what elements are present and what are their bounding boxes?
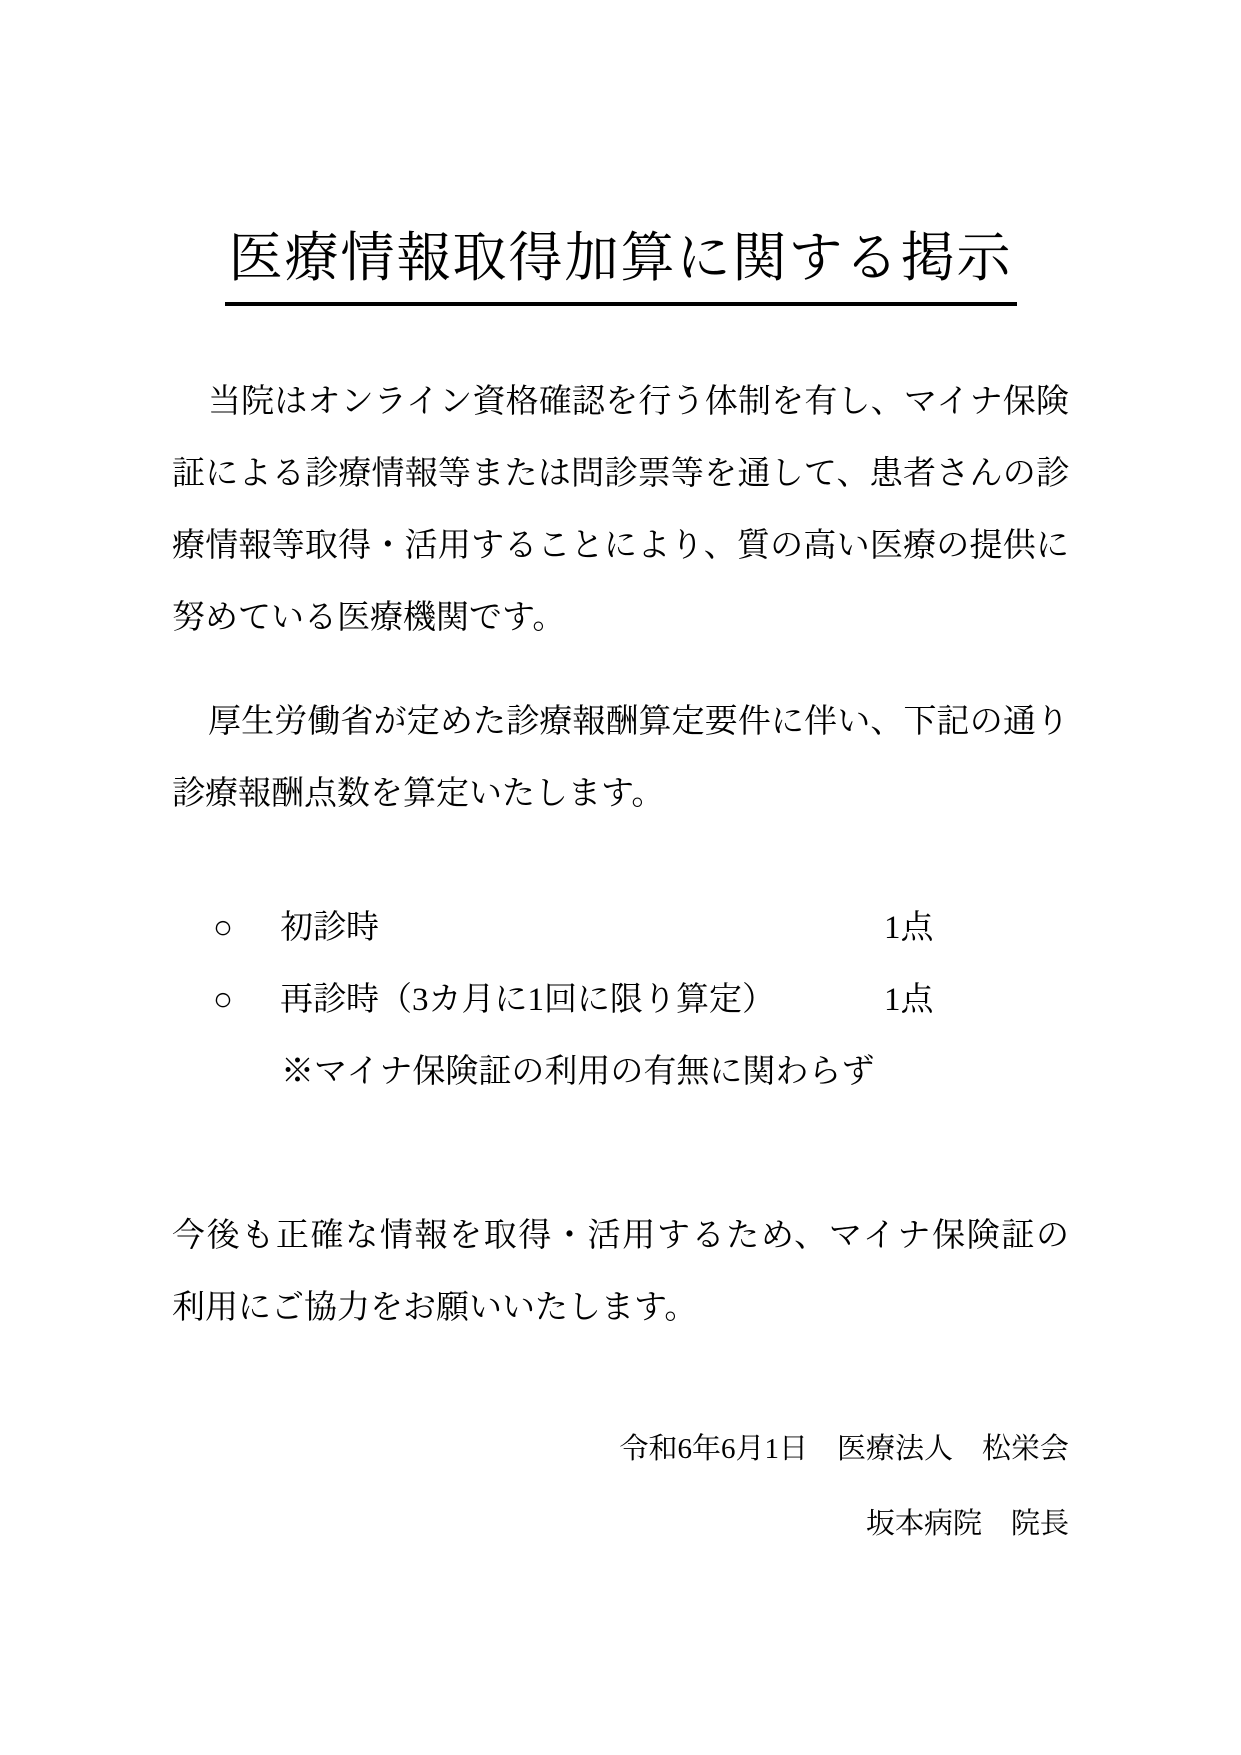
closing-line: 今後も正確な情報を取得・活用するため、マイナ保険証の [172,1200,1069,1272]
notice-title: 医療情報取得加算に関する掲示 [225,220,1017,306]
circle-bullet-icon: ○ [213,964,233,1036]
fee-item-first-visit: ○ 初診時 1点 [172,892,1069,964]
intro-paragraph: 当院はオンライン資格確認を行う体制を有し、マイナ保険 証による診療情報等または問… [172,366,1069,654]
billing-line: 診療報酬点数を算定いたします。 [172,758,1069,830]
fee-label: 再診時（3カ月に1回に限り算定） [280,964,775,1036]
fee-note: ※マイナ保険証の利用の有無に関わらず [281,1036,874,1108]
closing-paragraph: 今後も正確な情報を取得・活用するため、マイナ保険証の 利用にご協力をお願いいたし… [172,1200,1069,1344]
fee-item-revisit: ○ 再診時（3カ月に1回に限り算定） 1点 [172,964,1069,1036]
intro-line: 努めている医療機関です。 [172,582,1069,654]
billing-line: 厚生労働省が定めた診療報酬算定要件に伴い、下記の通り [172,686,1069,758]
notice-page: 医療情報取得加算に関する掲示 当院はオンライン資格確認を行う体制を有し、マイナ保… [0,0,1241,1755]
intro-line: 当院はオンライン資格確認を行う体制を有し、マイナ保険 [172,366,1069,438]
title-area: 医療情報取得加算に関する掲示 [0,220,1241,306]
intro-line: 証による診療情報等または問診票等を通して、患者さんの診 [172,438,1069,510]
fee-list: ○ 初診時 1点 ○ 再診時（3カ月に1回に限り算定） 1点 ※マイナ保険証の利… [172,892,1069,1108]
closing-line: 利用にご協力をお願いいたします。 [172,1272,1069,1344]
fee-points: 1点 [884,964,934,1036]
circle-bullet-icon: ○ [213,892,233,964]
notice-body: 当院はオンライン資格確認を行う体制を有し、マイナ保険 証による診療情報等または問… [0,366,1241,1549]
fee-label: 初診時 [280,892,379,964]
fee-note-row: ※マイナ保険証の利用の有無に関わらず [172,1036,1069,1108]
signature-block: 令和6年6月1日 医療法人 松栄会 坂本病院 院長 [172,1424,1069,1549]
date-issuer-line: 令和6年6月1日 医療法人 松栄会 [172,1424,1069,1474]
signer-line: 坂本病院 院長 [172,1499,1069,1549]
billing-paragraph: 厚生労働省が定めた診療報酬算定要件に伴い、下記の通り 診療報酬点数を算定いたしま… [172,686,1069,830]
intro-line: 療情報等取得・活用することにより、質の高い医療の提供に [172,510,1069,582]
fee-points: 1点 [884,892,934,964]
